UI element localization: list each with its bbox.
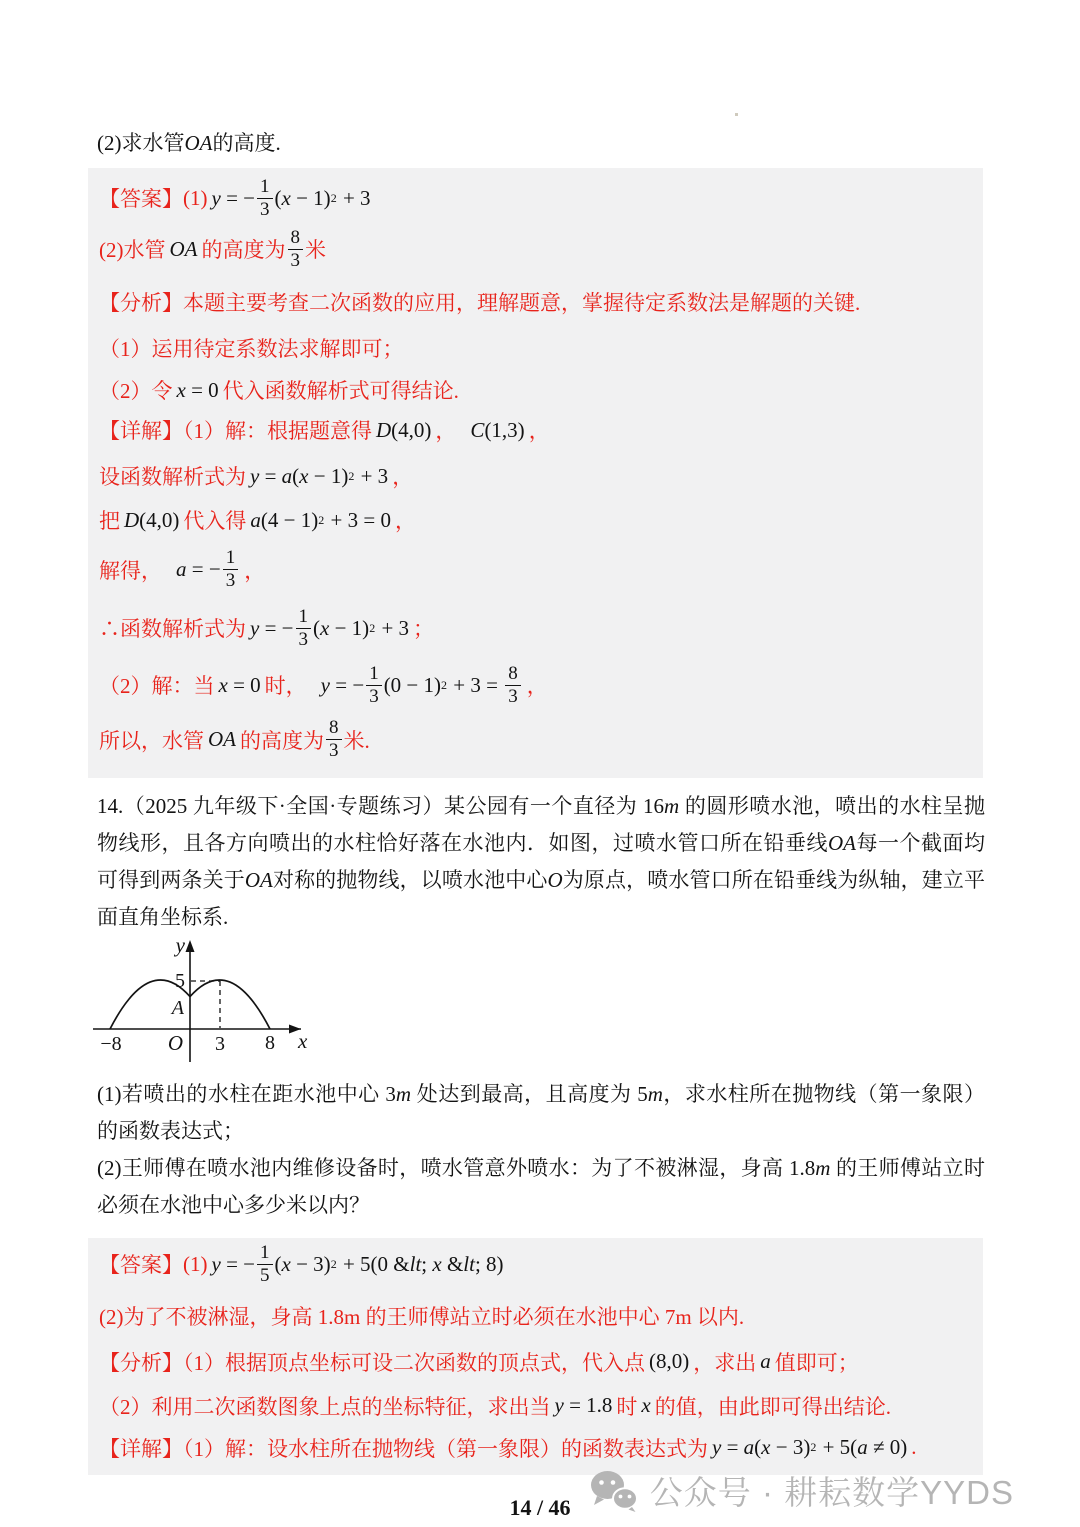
analysis-step-2: （2）令 x = 0 代入函数解析式可得结论. (99, 375, 967, 405)
answer-block-problem14: 【答案】 (1) y = −15(x − 3)2 + 5(0 &lt; x &l… (88, 1238, 983, 1475)
answer-label: 【答案】 (99, 183, 183, 213)
problem-14-question-1: (1)若喷出的水柱在距水池中心 3m 处达到最高，且高度为 5m，求水柱所在抛物… (97, 1076, 985, 1150)
y-axis-arrow (186, 940, 195, 952)
question-2-line: (2)求水管OA的高度. (97, 131, 985, 155)
detail-line-3: 把 D(4,0) 代入得 a(4 − 1)2 + 3 = 0 ， (99, 505, 967, 535)
question-2-text-pre: (2)求水管 (97, 131, 185, 155)
formula: y = −13(x − 1)2 + 3 (250, 606, 409, 651)
problem-14-question-2: (2)王师傅在喷水池内维修设备时，喷水管意外喷水：为了不被淋湿，身高 1.8m … (97, 1150, 985, 1224)
wechat-icon (590, 1470, 638, 1512)
detail-line-2: 设函数解析式为 y = a(x − 1)2 + 3 ， (99, 461, 967, 491)
math-oa: OA (208, 727, 236, 752)
parabola-figure: y x 5 A O 3 8 −8 (85, 938, 445, 1068)
x-tick-3: 3 (215, 1033, 225, 1055)
formula: a(4 − 1)2 + 3 = 0 (250, 508, 391, 533)
detail-line-7: 所以，水管 OA 的高度为 83 米. (99, 717, 967, 762)
detail-line-6: （2）解：当 x = 0 时， y = −13(0 − 1)2 + 3 = 83… (99, 663, 967, 708)
math-oa: OA (185, 131, 213, 155)
page-speck (735, 113, 738, 116)
footer-watermark: 公众号 · 耕耘数学YYDS (590, 1467, 1014, 1514)
x-axis-label: x (297, 1029, 308, 1053)
answer-line-2: (2)水管 OA 的高度为 83 米 (99, 227, 967, 272)
formula: y = −13(0 − 1)2 + 3 = 83 (321, 663, 523, 708)
detail-line-4: 解得， a = −13 ， (99, 547, 967, 592)
fraction: 83 (505, 663, 521, 708)
right-parabola (190, 980, 270, 1029)
answer-block-problem13: 【答案】 (1) y = −13(x − 1)2 + 3 (2)水管 OA 的高… (88, 168, 983, 778)
y-tick-5: 5 (175, 970, 185, 992)
formula: y = a(x − 1)2 + 3 (250, 464, 388, 489)
analysis-step-1: 【分析】（1）根据顶点坐标可设二次函数的顶点式，代入点 (8,0) ，求出 a … (99, 1347, 967, 1377)
answer-label: 【答案】 (99, 1249, 183, 1279)
formula: a = −13 (176, 547, 240, 592)
formula-answer-1: y = −13(x − 1)2 + 3 (212, 176, 371, 221)
fraction: 13 (366, 663, 382, 708)
origin-label: O (168, 1031, 183, 1055)
answer-part-number: (1) (183, 186, 208, 211)
x-tick-8: 8 (265, 1032, 275, 1054)
x-tick-neg8: −8 (100, 1033, 121, 1055)
analysis-step-2: （2）利用二次函数图象上点的坐标特征，求出当 y = 1.8 时 x 的值，由此… (99, 1391, 967, 1421)
detail-line-1: 【详解】（1）解：设水柱所在抛物线（第一象限）的函数表达式为 y = a(x −… (99, 1433, 967, 1463)
answer-line-1: 【答案】 (1) y = −13(x − 1)2 + 3 (99, 176, 967, 221)
answer-line-1: 【答案】 (1) y = −15(x − 3)2 + 5(0 &lt; x &l… (99, 1242, 967, 1287)
math-oa: OA (170, 237, 198, 262)
formula: y = a(x − 3)2 + 5(a ≠ 0) (712, 1435, 907, 1460)
y-axis-label: y (174, 938, 186, 957)
fraction: 13 (296, 606, 312, 651)
detail-line-5: ∴函数解析式为 y = −13(x − 1)2 + 3 ； (99, 606, 967, 651)
formula-answer-1: y = −15(x − 3)2 + 5(0 &lt; x &lt; 8) (212, 1242, 504, 1287)
analysis-line: 【分析】本题主要考查二次函数的应用，理解题意，掌握待定系数法是解题的关键. (99, 287, 967, 317)
fraction: 15 (257, 1242, 273, 1287)
answer-line-2: (2)为了不被淋湿，身高 1.8m 的王师傅站立时必须在水池中心 7m 以内. (99, 1301, 967, 1331)
footer-account-text: 公众号 · 耕耘数学YYDS (650, 1467, 1014, 1514)
point-a-label: A (170, 997, 185, 1019)
fraction: 13 (257, 176, 273, 221)
fraction: 13 (223, 547, 239, 592)
fraction: 83 (288, 227, 304, 272)
problem-14-statement: 14.（2025 九年级下·全国·专题练习）某公园有一个直径为 16m 的圆形喷… (97, 788, 985, 936)
detail-line-1: 【详解】（1）解：根据题意得 D(4,0) ， C(1,3) ， (99, 415, 967, 445)
question-2-text-post: 的高度. (213, 131, 281, 155)
analysis-step-1: （1）运用待定系数法求解即可； (99, 333, 967, 363)
fraction: 83 (326, 717, 342, 762)
answer-part-number: (1) (183, 1252, 208, 1277)
